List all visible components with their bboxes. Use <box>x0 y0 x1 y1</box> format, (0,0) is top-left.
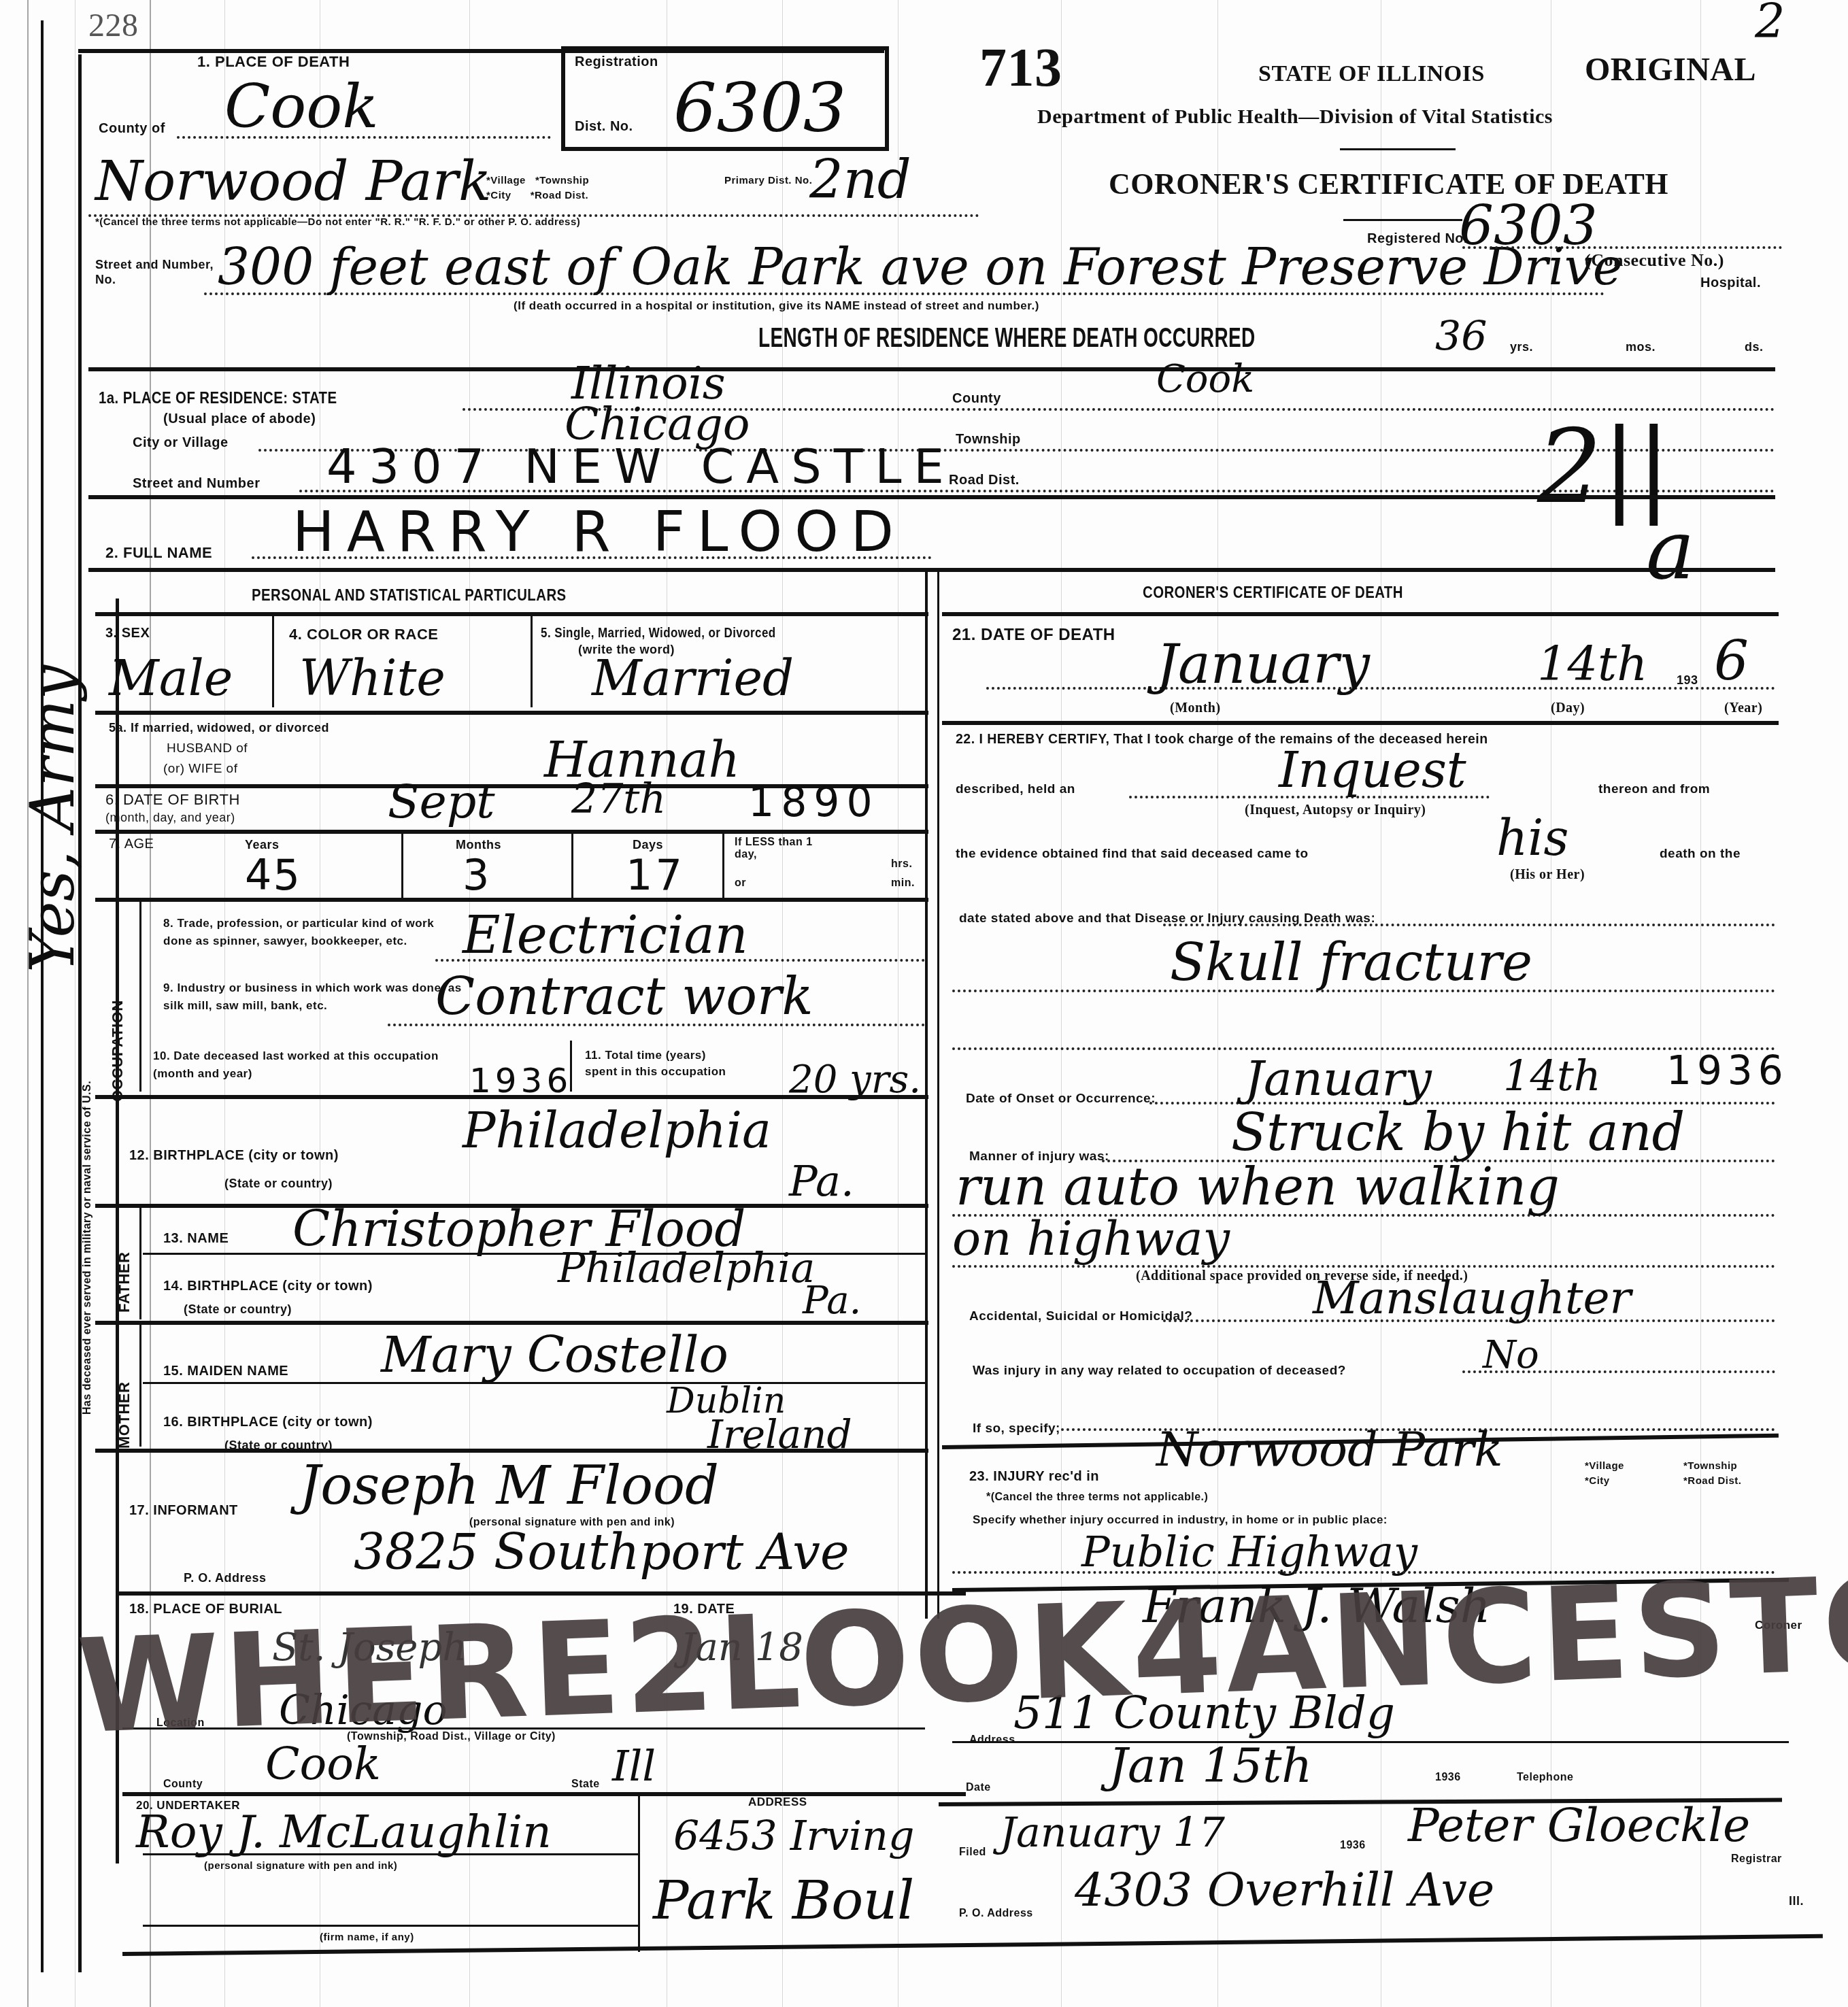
death-on-label: death on the <box>1660 847 1741 862</box>
age-days: 17 <box>626 850 685 900</box>
street-number-label: Street and Number, No. <box>95 257 218 287</box>
corner-mark: 2 <box>1755 0 1785 49</box>
burial-state: Ill <box>612 1741 656 1791</box>
veteran-question: Has deceased ever served in military or … <box>82 1081 94 1415</box>
place-of-death-county: Cook <box>224 71 379 141</box>
accidental-label: Accidental, Suicidal or Homicidal? <box>969 1309 1192 1324</box>
telephone-label: Telephone <box>1517 1772 1573 1784</box>
informant-address: 3825 Southport Ave <box>354 1523 850 1581</box>
last-worked-label: 10. Date deceased last worked at this oc… <box>153 1047 452 1083</box>
father-birthplace-label: 14. BIRTHPLACE (city or town) <box>163 1279 373 1294</box>
father-birthplace-city: Philadelphia <box>558 1245 815 1292</box>
pronoun-options: (His or Her) <box>1510 867 1585 883</box>
filed-year: 1936 <box>1340 1840 1366 1852</box>
injury-place-value: Norwood Park <box>1156 1421 1503 1477</box>
filed-date: January 17 <box>1000 1809 1225 1857</box>
margin-code-2: a <box>1646 503 1695 598</box>
locality-options: *Village *Township *City *Road Dist. <box>486 173 589 203</box>
age-months: 3 <box>463 850 501 900</box>
registered-no-label: Registered No. <box>1367 231 1468 247</box>
registrar-label: Registrar <box>1731 1853 1782 1866</box>
road-dist-label: Road Dist. <box>949 473 1020 488</box>
place-of-death-locality: Norwood Park <box>95 150 492 213</box>
less-than-label: If LESS than 1 day, <box>735 837 823 861</box>
onset-year: 1936 <box>1666 1047 1789 1094</box>
month-caption: (Month) <box>1170 701 1221 716</box>
spouse-label-3: (or) WIFE of <box>163 762 237 777</box>
held-value: Inquest <box>1279 741 1466 798</box>
undertaker-firm-note: (firm name, if any) <box>320 1932 414 1943</box>
mother-maiden-name: Mary Costello <box>381 1326 728 1383</box>
min-label: min. <box>891 877 915 890</box>
injury-locality-options: *Village*City <box>1585 1459 1624 1489</box>
industry-label: 9. Industry or business in which work wa… <box>163 979 463 1015</box>
birthplace-state: Pa. <box>789 1156 854 1206</box>
trade-label: 8. Trade, profession, or particular kind… <box>163 915 463 950</box>
undertaker-address-label: ADDRESS <box>748 1795 807 1809</box>
mos-label: mos. <box>1626 340 1656 354</box>
onset-label: Date of Onset or Occurrence: <box>966 1092 1156 1107</box>
injury-cancel-note: *(Cancel the three terms not applicable.… <box>986 1491 1208 1504</box>
date-of-death-year-suffix: 6 <box>1714 629 1749 692</box>
undertaker-name: Roy J. McLaughlin <box>136 1806 552 1858</box>
sex-label: 3. SEX <box>105 626 150 641</box>
informant-address-label: P. O. Address <box>184 1571 267 1585</box>
state-heading: STATE OF ILLINOIS <box>1258 61 1485 87</box>
date-of-death-year-prefix: 193 <box>1677 673 1698 688</box>
date-of-death-month: January <box>1156 633 1370 696</box>
manner-line3: on highway <box>952 1211 1230 1266</box>
registrar-name: Peter Gloeckle <box>1408 1799 1750 1853</box>
sex-value: Male <box>109 650 233 707</box>
hospital-label: Hospital. <box>1700 275 1761 291</box>
consecutive-no-label: (Consecutive No.) <box>1585 250 1724 271</box>
onset-day: 14th <box>1503 1051 1601 1100</box>
dob-year: 1890 <box>748 779 879 826</box>
year-caption: (Year) <box>1724 701 1762 716</box>
filed-label: Filed <box>959 1846 986 1859</box>
file-number: 713 <box>979 37 1062 99</box>
marital-value: Married <box>592 650 794 707</box>
site-watermark: WHERE2LOOK4ANCESTORS.COM <box>75 1526 1848 1762</box>
registrar-po-address: 4303 Overhill Ave <box>1075 1863 1494 1917</box>
coroner-date-label: Date <box>966 1782 991 1794</box>
held-label: described, held an <box>956 782 1075 797</box>
informant-label: 17. INFORMANT <box>129 1503 238 1519</box>
township-label: Township <box>956 432 1021 448</box>
age-years: 45 <box>245 850 301 900</box>
abode-note: (Usual place of abode) <box>163 411 316 427</box>
cancel-note: *(Cancel the three terms not applicable—… <box>95 216 580 228</box>
pronoun-value: his <box>1496 809 1568 866</box>
dob-day: 27th <box>571 775 666 823</box>
department-heading: Department of Public Health—Division of … <box>1037 105 1553 129</box>
coroner-address-label: Address <box>969 1734 1015 1747</box>
full-name: HARRY R FLOOD <box>292 500 906 564</box>
residence-street: 4307 NEW CASTLE <box>326 439 956 494</box>
birthplace-city: Philadelphia <box>463 1102 771 1159</box>
day-caption: (Day) <box>1551 701 1585 716</box>
held-options: (Inquest, Autopsy or Inquiry) <box>1245 803 1426 818</box>
occupation-related-label: Was injury in any way related to occupat… <box>973 1364 1346 1379</box>
injury-place-label: 23. INJURY rec'd in <box>969 1469 1099 1485</box>
personal-section-title: PERSONAL AND STATISTICAL PARTICULARS <box>252 586 567 605</box>
burial-county-label: County <box>163 1778 203 1791</box>
informant-name: Joseph M Flood <box>299 1455 719 1517</box>
mother-birthplace-label: 16. BIRTHPLACE (city or town) <box>163 1415 373 1430</box>
corner-number: 228 <box>88 7 139 44</box>
date-of-death-day: 14th <box>1537 636 1647 692</box>
occupation-related-value: No <box>1483 1333 1539 1377</box>
street-and-number-label: Street and Number <box>133 476 260 492</box>
place-of-death-label: 1. PLACE OF DEATH <box>197 53 350 71</box>
primary-dist-label: Primary Dist. No. <box>724 173 813 188</box>
city-village-label: City or Village <box>133 435 229 451</box>
yrs-label: yrs. <box>1510 340 1533 354</box>
mother-side-label: MOTHER <box>116 1382 133 1449</box>
coroner-section-title: CORONER'S CERTIFICATE OF DEATH <box>1143 584 1403 603</box>
father-birthplace-state: Pa. <box>803 1279 861 1323</box>
undertaker-address-line2: Park Boul <box>653 1870 914 1932</box>
manner-line1: Struck by hit and <box>1231 1102 1685 1162</box>
hrs-label: hrs. <box>891 858 912 871</box>
registrar-po-state: Ill. <box>1789 1894 1804 1908</box>
coroner-date-year: 1936 <box>1435 1772 1461 1784</box>
spouse-label-1: 5a. If married, widowed, or divorced <box>109 721 329 735</box>
county-of-label: County of <box>99 121 165 137</box>
spouse-label-2: HUSBAND of <box>167 741 248 756</box>
maiden-name-label: 15. MAIDEN NAME <box>163 1364 288 1379</box>
onset-month: January <box>1245 1051 1432 1107</box>
accidental-value: Manslaughter <box>1313 1272 1631 1324</box>
po-address-label: P. O. Address <box>959 1908 1033 1920</box>
or-label: or <box>735 877 746 890</box>
date-of-death-label: 21. DATE OF DEATH <box>952 626 1115 645</box>
dob-note: (month, day, and year) <box>105 811 235 825</box>
residence-county-label: County <box>952 391 1001 407</box>
marital-label: 5. Single, Married, Widowed, or Divorced <box>541 626 776 641</box>
dist-no-label: Dist. No. <box>575 119 633 135</box>
race-label: 4. COLOR OR RACE <box>289 626 438 643</box>
father-state-label: (State or country) <box>184 1302 292 1317</box>
thereon-label: thereon and from <box>1598 782 1710 797</box>
age-label: 7. AGE <box>109 837 154 852</box>
burial-state-label: State <box>571 1778 600 1791</box>
full-name-label: 2. FULL NAME <box>105 544 212 562</box>
length-of-residence-label: LENGTH OF RESIDENCE WHERE DEATH OCCURRED <box>758 323 1256 354</box>
residence-label: 1a. PLACE OF RESIDENCE: STATE <box>99 389 337 408</box>
death-certificate-page: 228 713 2 STATE OF ILLINOIS ORIGINAL Dep… <box>0 0 1848 2007</box>
specify-label: If so, specify; <box>973 1421 1060 1436</box>
registration-label: Registration <box>575 54 658 70</box>
coroner-date: Jan 15th <box>1109 1738 1312 1793</box>
original-label: ORIGINAL <box>1585 51 1756 88</box>
industry-value: Contract work <box>435 966 813 1026</box>
trade-value: Electrician <box>463 905 748 965</box>
birthplace-state-label: (State or country) <box>224 1177 333 1191</box>
evidence-label: the evidence obtained find that said dec… <box>956 847 1309 862</box>
primary-dist-no: 2nd <box>809 150 911 211</box>
undertaker-signature-note: (personal signature with pen and ink) <box>204 1860 397 1872</box>
father-side-label: FATHER <box>116 1252 133 1313</box>
registration-dist-no: 6303 <box>673 68 847 148</box>
occupation-side-label: OCCUPATION <box>109 1000 127 1102</box>
undertaker-address-line1: 6453 Irving <box>673 1812 914 1860</box>
ds-label: ds. <box>1745 340 1764 354</box>
residence-county: Cook <box>1156 357 1254 401</box>
street-note: (If death occurred in a hospital or inst… <box>514 299 1039 313</box>
birthplace-label: 12. BIRTHPLACE (city or town) <box>129 1148 339 1164</box>
dob-label: 6. DATE OF BIRTH <box>105 791 240 809</box>
length-of-residence-yrs: 36 <box>1435 313 1487 360</box>
race-value: White <box>299 650 446 707</box>
specify-where-label: Specify whether injury occurred in indus… <box>973 1513 1388 1527</box>
dob-month: Sept <box>388 775 495 829</box>
total-time-label: 11. Total time (years) spent in this occ… <box>585 1047 735 1080</box>
father-name-label: 13. NAME <box>163 1231 229 1247</box>
injury-township-options: *Township*Road Dist. <box>1683 1459 1742 1489</box>
veteran-answer: Yes, Army <box>17 665 88 973</box>
cause-value: Skull fracture <box>1170 932 1532 992</box>
manner-line2: run auto when walking <box>956 1156 1560 1217</box>
